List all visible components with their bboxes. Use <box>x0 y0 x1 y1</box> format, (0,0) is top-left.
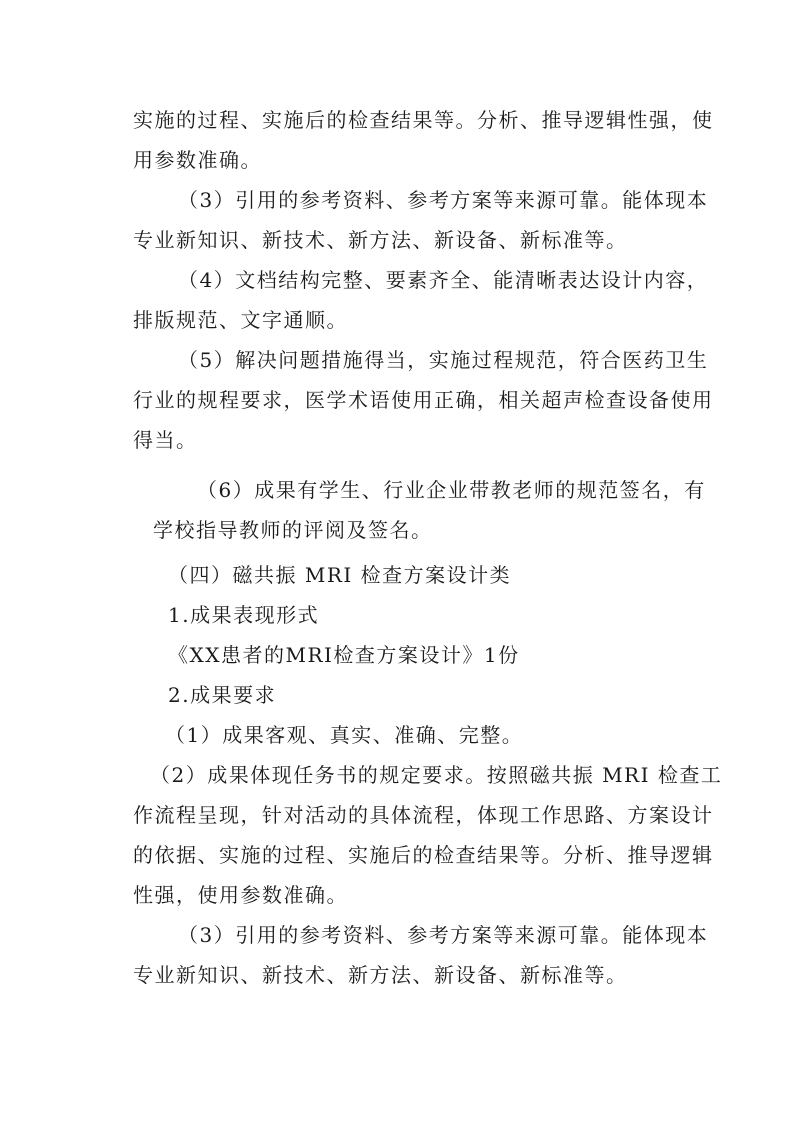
section-heading: （四）磁共振 MRI 检查方案设计类 <box>168 563 511 587</box>
paragraph-line: 的依据、实施的过程、实施后的检查结果等。分析、推导逻辑 <box>133 843 714 867</box>
paragraph-line: 排版规范、文字通顺。 <box>133 308 348 332</box>
subheading: 2.成果要求 <box>168 683 276 707</box>
paragraph-line: （6）成果有学生、行业企业带教老师的规范签名，有 <box>197 478 706 502</box>
deliverable-title: 《XX患者的MRI检查方案设计》1份 <box>168 643 520 667</box>
subheading: 1.成果表现形式 <box>168 603 319 627</box>
paragraph-line: 专业新知识、新技术、新方法、新设备、新标准等。 <box>133 228 628 252</box>
paragraph-line: 学校指导教师的评阅及签名。 <box>153 518 433 542</box>
paragraph-line: 性强，使用参数准确。 <box>133 883 348 907</box>
paragraph-line: 用参数准确。 <box>133 148 262 172</box>
paragraph-line: 作流程呈现，针对活动的具体流程，体现工作思路、方案设计 <box>133 803 714 827</box>
paragraph-line: 行业的规程要求，医学术语使用正确，相关超声检查设备使用 <box>133 388 714 412</box>
paragraph-line: 实施的过程、实施后的检查结果等。分析、推导逻辑性强，使 <box>133 108 714 132</box>
paragraph-line: （2）成果体现任务书的规定要求。按照磁共振 MRI 检查工 <box>150 763 722 787</box>
paragraph-line: （3）引用的参考资料、参考方案等来源可靠。能体现本 <box>178 188 708 212</box>
paragraph-line: （4）文档结构完整、要素齐全、能清晰表达设计内容， <box>178 268 708 292</box>
paragraph-line: （5）解决问题措施得当，实施过程规范，符合医药卫生 <box>178 348 708 372</box>
paragraph-line: （3）引用的参考资料、参考方案等来源可靠。能体现本 <box>178 923 708 947</box>
paragraph-line: （1）成果客观、真实、准确、完整。 <box>165 723 523 747</box>
paragraph-line: 得当。 <box>133 428 198 452</box>
paragraph-line: 专业新知识、新技术、新方法、新设备、新标准等。 <box>133 963 628 987</box>
